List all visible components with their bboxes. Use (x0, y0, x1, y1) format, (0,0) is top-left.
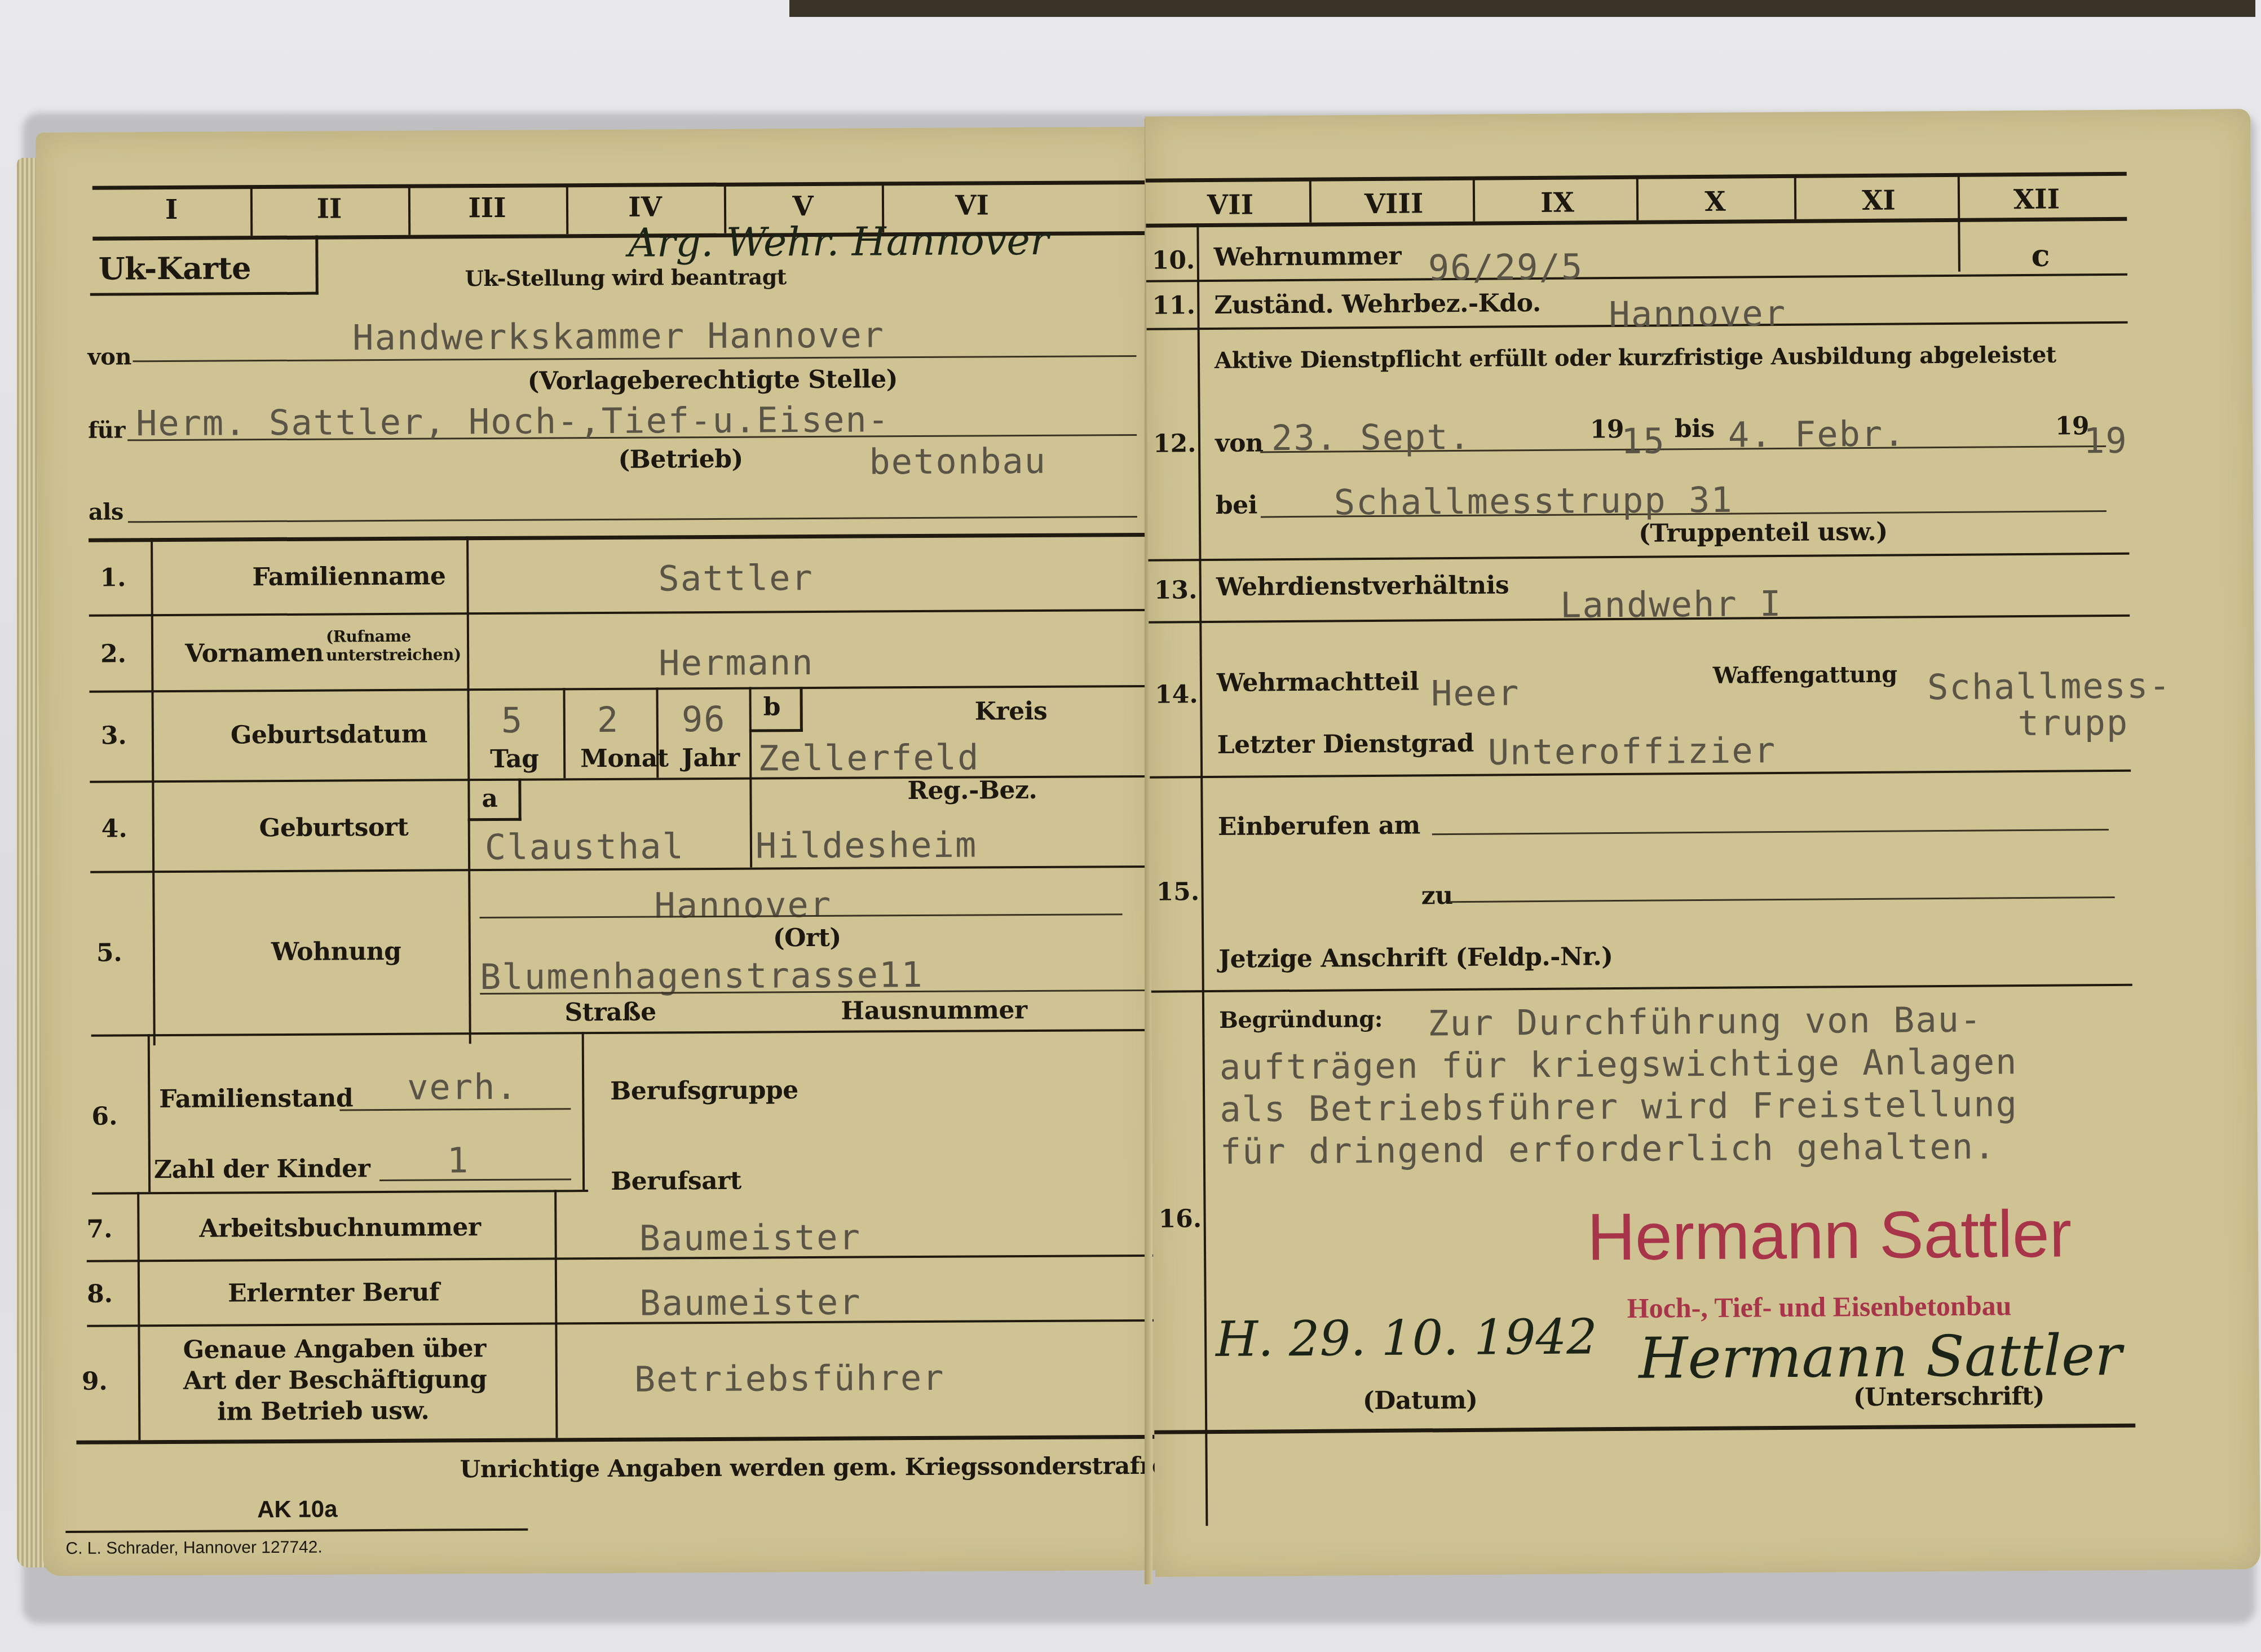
familienname-label: Familienname (252, 562, 445, 591)
divider (1794, 177, 1797, 219)
ort-marker: a (482, 784, 497, 813)
vornamen-value: Hermann (659, 642, 814, 683)
erlernter-beruf-label: Erlernter Beruf (228, 1278, 439, 1308)
beschaeftigung-label-3: im Betrieb usw. (217, 1397, 429, 1426)
signature-caption: (Unterschrift) (1853, 1382, 2045, 1412)
row-number: 13. (1154, 576, 1198, 605)
handwritten-date: H. 29. 10. 1942 (1216, 1309, 1597, 1368)
roman-column-4: IV (611, 191, 679, 223)
als-label: als (89, 498, 123, 525)
divider (1309, 180, 1312, 223)
fuer-caption: (Betrieb) (618, 445, 743, 474)
divider (89, 533, 1149, 542)
roman-column-11: XI (1845, 184, 1913, 217)
beschaeftigung-value: Betriebsführer (634, 1357, 945, 1400)
waffengattung-label: Waffengattung (1713, 661, 1897, 689)
divider (554, 1190, 558, 1438)
row-number: 14. (1155, 680, 1198, 709)
row-number: 1. (100, 563, 126, 592)
bei-value: Schallmesstrupp 31 (1334, 479, 1733, 523)
bis-label: bis (1675, 414, 1715, 443)
company-stamp-subtitle: Hoch-, Tief- und Eisenbetonbau (1627, 1289, 2012, 1324)
geburtsort-value: Clausthal (485, 825, 685, 868)
familienstand-label: Familienstand (159, 1084, 353, 1114)
vornamen-note: (Rufname unterstreichen) (326, 626, 456, 664)
roman-column-1: I (138, 194, 205, 226)
card-title: Uk-Karte (98, 250, 251, 286)
strasse-caption: Straße (564, 997, 656, 1027)
right-page: VII VIII IX X XI XII 10. Wehrnummer 96/2… (1145, 109, 2260, 1577)
year-caption: Jahr (682, 744, 740, 773)
roman-column-7: VII (1196, 189, 1264, 221)
kreis-label: Kreis (975, 697, 1048, 726)
roman-column-5: V (769, 191, 837, 223)
dienst-year-2: 19 (2083, 420, 2128, 462)
roman-column-10: X (1681, 185, 1749, 218)
zu-line (1450, 896, 2115, 903)
row-number: 12. (1153, 429, 1196, 458)
wehrbez-value: Hannover (1609, 293, 1786, 335)
vornamen-label: Vornamen (185, 639, 324, 668)
wehrmachtteil-value: Heer (1431, 672, 1520, 714)
divider (148, 1034, 151, 1192)
month-caption: Monat (580, 744, 669, 773)
begruendung-label: Begründung: (1219, 1006, 1383, 1033)
berufsart-label: Berufsart (611, 1167, 741, 1196)
begruendung-line-2: aufträgen für kriegswichtige Anlagen (1219, 1041, 2017, 1088)
kreis-value: Zellerfeld (758, 736, 980, 779)
waffengattung-value-1: Schallmess- (1927, 665, 2171, 708)
divider (1196, 223, 1208, 1526)
divider (87, 1319, 1158, 1327)
divider (1151, 984, 2132, 993)
divider (89, 609, 1149, 617)
anschrift-label: Jetzige Anschrift (Feldp.-Nr.) (1218, 942, 1613, 974)
roman-column-6: VI (938, 189, 1006, 222)
divider (65, 1529, 528, 1533)
beschaeftigung-label-2: Art der Beschäftigung (183, 1365, 487, 1395)
company-stamp-name: Hermann Sattler (1587, 1195, 2072, 1275)
divider (1958, 176, 1960, 272)
arbeitsbuchnummer-value: Baumeister (639, 1217, 861, 1259)
bei-caption: (Truppenteil usw.) (1639, 518, 1888, 548)
birth-month: 2 (597, 699, 620, 740)
row-number: 16. (1158, 1204, 1202, 1234)
von-label: von (87, 343, 131, 370)
geburtsort-label: Geburtsort (259, 813, 409, 842)
wehrmachtteil-label: Wehrmachtteil (1217, 668, 1419, 698)
year-prefix-1: 19 (1590, 415, 1624, 444)
von-caption: (Vorlageberechtigte Stelle) (527, 365, 898, 395)
kinder-value: 1 (447, 1139, 470, 1181)
familienstand-line (339, 1108, 571, 1111)
einberufen-label: Einberufen am (1218, 811, 1420, 841)
wehrbez-label: Zuständ. Wehrbez.-Kdo. (1214, 289, 1541, 320)
divider (582, 1032, 585, 1190)
request-line: Uk-Stellung wird beantragt (465, 264, 787, 291)
form-code: AK 10a (257, 1495, 338, 1523)
printer-imprint: C. L. Schrader, Hannover 127742. (65, 1538, 322, 1558)
divider (1154, 1424, 2135, 1434)
row-number: 2. (100, 639, 126, 668)
divider (1146, 273, 2127, 282)
zu-label: zu (1421, 881, 1452, 910)
background-object (789, 0, 2255, 17)
kreis-marker: b (763, 692, 781, 721)
familienname-value: Sattler (658, 557, 814, 599)
fuer-value-line2: betonbau (869, 440, 1046, 483)
dienstpflicht-heading: Aktive Dienstpflicht erfüllt oder kurzfr… (1215, 342, 2056, 374)
roman-column-3: III (453, 192, 521, 224)
divider (563, 688, 566, 778)
row-number: 11. (1152, 291, 1195, 320)
beschaeftigung-label-1: Genaue Angaben über (183, 1334, 486, 1364)
divider (92, 1190, 588, 1195)
left-page: I II III IV V VI Uk-Karte Uk-Stellung wi… (36, 127, 1159, 1576)
divider (566, 186, 568, 234)
waffengattung-value-2: trupp (2017, 702, 2128, 744)
wohnung-label: Wohnung (271, 937, 401, 966)
date-caption: (Datum) (1363, 1386, 1478, 1415)
von-value: Handwerkskammer Hannover (352, 314, 885, 358)
geburtsdatum-label: Geburtsdatum (231, 720, 427, 750)
divider (1473, 179, 1476, 222)
dienstgrad-label: Letzter Dienstgrad (1217, 729, 1474, 759)
dienst-von-label: von (1215, 429, 1264, 458)
erlernter-beruf-value: Baumeister (639, 1282, 862, 1324)
wehrnummer-class: c (2032, 237, 2050, 273)
roman-column-2: II (295, 193, 363, 225)
begruendung-line-3: als Betriebsführer wird Freistellung (1220, 1083, 2018, 1130)
arbeitsbuchnummer-label: Arbeitsbuchnummer (199, 1213, 480, 1243)
wehrdienstverhaeltnis-label: Wehrdienstverhältnis (1216, 571, 1509, 602)
einberufen-line (1432, 829, 2109, 835)
divider (1636, 178, 1639, 220)
regbez-value: Hildesheim (756, 824, 978, 866)
divider (91, 1029, 1151, 1037)
familienstand-value: verh. (407, 1066, 518, 1108)
kinder-label: Zahl der Kinder (154, 1154, 370, 1184)
divider (408, 187, 410, 235)
bei-label: bei (1216, 491, 1257, 520)
divider (76, 1435, 1159, 1445)
regbez-label: Reg.-Bez. (907, 776, 1037, 805)
dienstgrad-value: Unteroffizier (1488, 730, 1777, 773)
roman-column-9: IX (1523, 187, 1591, 219)
berufsgruppe-label: Berufsgruppe (610, 1076, 798, 1106)
fuer-label: für (88, 417, 125, 443)
ort-caption: (Ort) (773, 924, 841, 953)
signature: Hermann Sattler (1639, 1322, 2122, 1392)
begruendung-line-1: Zur Durchführung von Bau- (1428, 999, 1982, 1044)
handwritten-header: Arg. Wehr. Hannover (628, 218, 1049, 266)
birth-day: 5 (501, 700, 524, 741)
row-number: 15. (1156, 877, 1199, 907)
kinder-line (379, 1178, 571, 1181)
row-number: 8. (87, 1280, 113, 1309)
wehrnummer-label: Wehrnummer (1214, 242, 1402, 272)
dienst-year-1: 15 (1621, 420, 1666, 462)
begruendung-line-4: für dringend erforderlich gehalten. (1220, 1125, 1997, 1172)
divider (1148, 553, 2129, 562)
row-number: 10. (1152, 246, 1195, 275)
row-number: 7. (86, 1215, 112, 1244)
divider (87, 1255, 1158, 1262)
dienst-von-value: 23. Sept. (1271, 416, 1471, 458)
birth-year: 96 (682, 699, 726, 740)
fuer-value-line1: Herm. Sattler, Hoch-,Tief-u.Eisen- (136, 399, 890, 444)
row-number: 6. (91, 1102, 117, 1130)
divider (137, 1192, 140, 1440)
roman-column-12: XII (2003, 183, 2070, 215)
divider (250, 188, 253, 236)
dienst-bis-value: 4. Febr. (1728, 413, 1906, 455)
divider (89, 685, 1149, 693)
row-number: 4. (101, 814, 127, 843)
row-number: 3. (101, 721, 127, 750)
als-line (128, 516, 1137, 523)
hausnummer-caption: Hausnummer (841, 996, 1027, 1026)
row-number: 9. (82, 1367, 108, 1396)
wehrnummer-value: 96/29/5 (1428, 246, 1584, 288)
day-caption: Tag (490, 745, 539, 774)
roman-column-8: VIII (1360, 188, 1428, 220)
wohnung-ort: Hannover (654, 884, 832, 926)
row-number: 5. (96, 938, 122, 967)
